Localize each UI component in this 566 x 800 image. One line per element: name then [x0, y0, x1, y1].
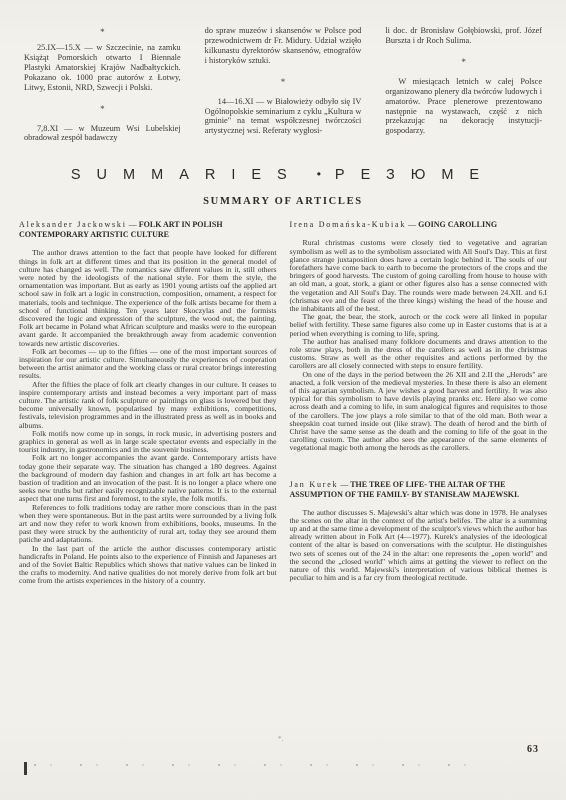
summary-paragraph: References to folk traditions today are …: [19, 504, 277, 545]
summary-of-articles-subtitle: SUMMARY OF ARTICLES: [0, 196, 566, 207]
summary-paragraph: In the last part of the article the auth…: [19, 545, 277, 586]
summary-paragraph: Folk motifs now come up in songs, in roc…: [19, 430, 277, 455]
article-author: Aleksander Jackowski: [19, 220, 127, 229]
chronicle-note: 25.IX—15.X — w Szczecinie, na zamku Ksią…: [24, 43, 181, 93]
article-heading: Aleksander Jackowski — FOLK ART IN POLIS…: [19, 220, 277, 240]
article-title: GOING CAROLLING: [418, 220, 497, 229]
article-heading: Jan Kurek — THE TREE OF LIFE- THE ALTAR …: [290, 480, 548, 500]
article-author: Irena Domańska-Kubiak: [290, 220, 407, 229]
summary-paragraph: The author discusses S. Majewski's altar…: [290, 509, 548, 583]
chronicle-note: 7,8.XI — w Muzeum Wsi Lubelskiej obradow…: [24, 124, 181, 144]
section-separator-star: *: [385, 58, 542, 66]
summaries-title-russian: РЕЗЮМЕ: [335, 167, 495, 183]
summaries-title-english: SUMMARIES: [71, 167, 303, 183]
summary-column-left: Aleksander Jackowski — FOLK ART IN POLIS…: [19, 220, 277, 585]
summary-paragraph: The goat, the bear, the stork, auroch or…: [290, 313, 548, 338]
summary-paragraph: Folk art becomes — up to the fifties — o…: [19, 348, 277, 381]
summary-paragraph: After the fifties the place of folk art …: [19, 381, 277, 430]
summary-paragraph: The author draws attention to the fact t…: [19, 249, 277, 347]
summaries-header: SUMMARIES•РЕЗЮМЕ: [0, 167, 566, 183]
summary-paragraph: The author has analised many folklore do…: [290, 338, 548, 371]
chronicle-column-2: do spraw muzeów i skansenów w Polsce pod…: [205, 26, 362, 143]
chronicle-section: * 25.IX—15.X — w Szczecinie, na zamku Ks…: [0, 0, 566, 143]
chronicle-column-3: li doc. dr Bronisław Gołębiowski, prof. …: [385, 26, 542, 143]
scanned-journal-page: * 25.IX—15.X — w Szczecinie, na zamku Ks…: [0, 0, 566, 800]
page-number: 63: [527, 744, 539, 755]
section-separator-star: *: [205, 78, 362, 86]
chronicle-note: W miesiącach letnich w całej Polsce orga…: [385, 77, 542, 136]
summary-column-right: Irena Domańska-Kubiak — GOING CAROLLING …: [290, 220, 548, 585]
summary-columns: Aleksander Jackowski — FOLK ART IN POLIS…: [0, 207, 566, 585]
summary-paragraph: Rural christmas customs were closely tie…: [290, 239, 548, 313]
section-separator-star: *: [24, 105, 181, 113]
print-registration-mark: [24, 762, 27, 775]
heading-dash: —: [129, 220, 137, 229]
chronicle-column-1: * 25.IX—15.X — w Szczecinie, na zamku Ks…: [24, 26, 181, 143]
chronicle-note-continuation: li doc. dr Bronisław Gołębiowski, prof. …: [385, 26, 542, 46]
article-heading: Irena Domańska-Kubiak — GOING CAROLLING: [290, 220, 548, 230]
scan-artifact: [34, 764, 476, 766]
heading-dash: —: [340, 480, 348, 489]
chronicle-note: 14—16.XI — w Białowieży odbyło się IV Og…: [205, 97, 362, 137]
article-author: Jan Kurek: [290, 480, 339, 489]
section-separator-star: *: [24, 28, 181, 36]
header-bullet-separator: •: [317, 167, 321, 181]
scan-speck: *.: [278, 735, 283, 743]
summary-paragraph: Folk art no longer accompanies the avant…: [19, 454, 277, 503]
summary-paragraph: On one of the days in the period between…: [290, 371, 548, 453]
heading-dash: —: [408, 220, 416, 229]
chronicle-note-continuation: do spraw muzeów i skansenów w Polsce pod…: [205, 26, 362, 66]
